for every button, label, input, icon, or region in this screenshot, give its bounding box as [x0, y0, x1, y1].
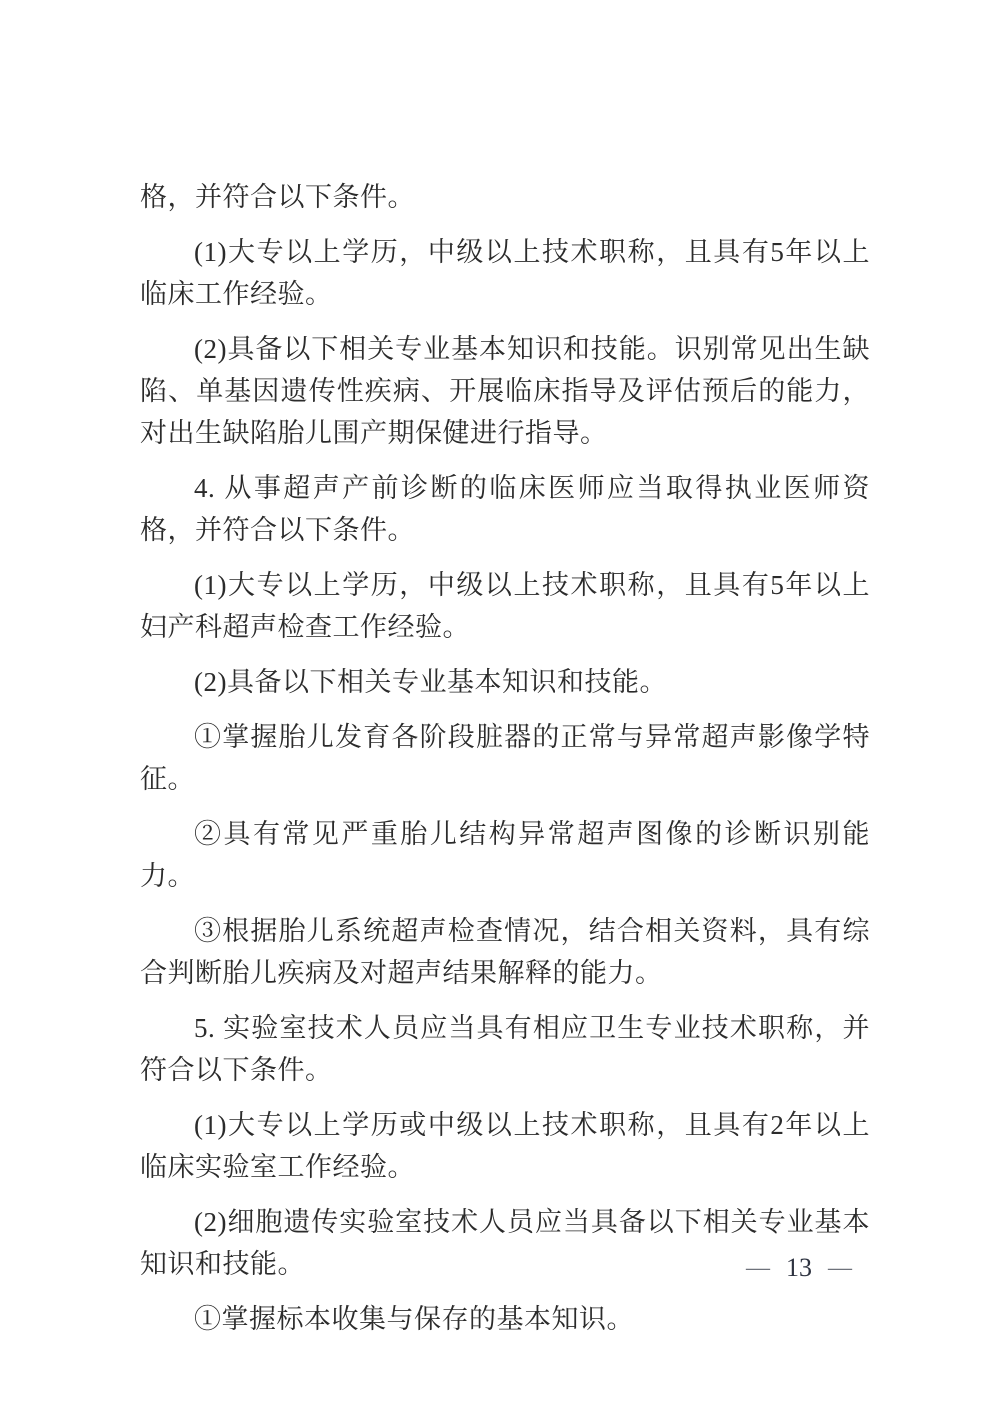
paragraph: 5. 实验室技术人员应当具有相应卫生专业技术职称，并符合以下条件。 [140, 1007, 870, 1091]
page-number: 13 [786, 1251, 812, 1285]
paragraph: (1)大专以上学历或中级以上技术职称，且具有2年以上临床实验室工作经验。 [140, 1104, 870, 1188]
page-footer: — 13 — [746, 1251, 852, 1285]
paragraph: (2)具备以下相关专业基本知识和技能。 [140, 661, 870, 703]
paragraph: 格，并符合以下条件。 [140, 176, 870, 218]
footer-dash-left: — [746, 1251, 770, 1285]
paragraph: ③根据胎儿系统超声检查情况，结合相关资料，具有综合判断胎儿疾病及对超声结果解释的… [140, 910, 870, 994]
paragraph: ①掌握胎儿发育各阶段脏器的正常与异常超声影像学特征。 [140, 716, 870, 800]
document-body: 格，并符合以下条件。(1)大专以上学历，中级以上技术职称，且具有5年以上临床工作… [140, 176, 870, 1353]
paragraph: (1)大专以上学历，中级以上技术职称，且具有5年以上妇产科超声检查工作经验。 [140, 564, 870, 648]
paragraph: ②具有常见严重胎儿结构异常超声图像的诊断识别能力。 [140, 813, 870, 897]
document-page: 格，并符合以下条件。(1)大专以上学历，中级以上技术职称，且具有5年以上临床工作… [0, 0, 1000, 1419]
footer-dash-right: — [828, 1251, 852, 1285]
paragraph: ①掌握标本收集与保存的基本知识。 [140, 1298, 870, 1340]
paragraph: 4. 从事超声产前诊断的临床医师应当取得执业医师资格，并符合以下条件。 [140, 467, 870, 551]
paragraph: (2)具备以下相关专业基本知识和技能。识别常见出生缺陷、单基因遗传性疾病、开展临… [140, 328, 870, 454]
paragraph: (1)大专以上学历，中级以上技术职称，且具有5年以上临床工作经验。 [140, 231, 870, 315]
